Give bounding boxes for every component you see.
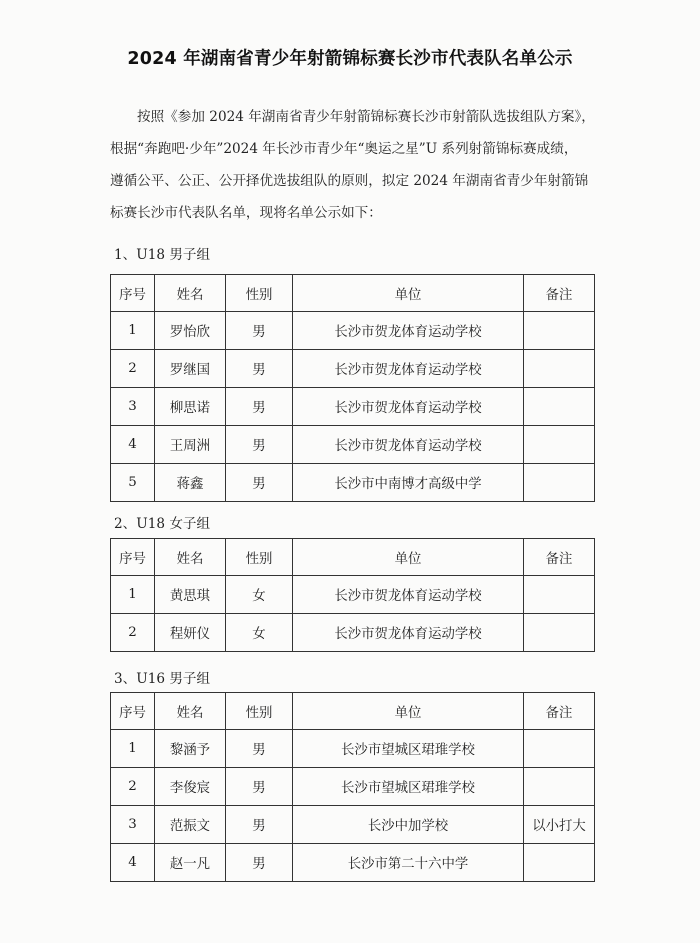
table-row: 4 赵一凡 男 长沙市第二十六中学	[111, 844, 595, 882]
table-row: 1 罗怡欣 男 长沙市贺龙体育运动学校	[111, 312, 595, 350]
roster-table-u18-girls: 序号 姓名 性别 单位 备注 1 黄思琪 女 长沙市贺龙体育运动学校 2 程妍仪…	[110, 538, 595, 652]
intro-line: 标赛长沙市代表队名单，现将名单公示如下：	[110, 197, 610, 229]
header-cell-index: 序号	[111, 539, 155, 576]
cell-index: 3	[111, 806, 155, 844]
cell-gender: 男	[226, 464, 293, 502]
header-cell-remark: 备注	[524, 693, 595, 730]
header-cell-unit: 单位	[293, 539, 524, 576]
cell-name: 黎涵予	[155, 730, 226, 768]
cell-index: 2	[111, 350, 155, 388]
cell-name: 黄思琪	[155, 576, 226, 614]
header-cell-unit: 单位	[293, 693, 524, 730]
roster-table-u16-boys: 序号 姓名 性别 单位 备注 1 黎涵予 男 长沙市望城区珺琟学校 2 李俊宸 …	[110, 692, 595, 882]
cell-remark	[524, 844, 595, 882]
table-row: 2 罗继国 男 长沙市贺龙体育运动学校	[111, 350, 595, 388]
header-cell-name: 姓名	[155, 275, 226, 312]
cell-remark: 以小打大	[524, 806, 595, 844]
cell-unit: 长沙市贺龙体育运动学校	[293, 312, 524, 350]
table-header-row: 序号 姓名 性别 单位 备注	[111, 693, 595, 730]
header-cell-gender: 性别	[226, 275, 293, 312]
cell-remark	[524, 426, 595, 464]
table-header-row: 序号 姓名 性别 单位 备注	[111, 275, 595, 312]
cell-remark	[524, 350, 595, 388]
cell-gender: 女	[226, 614, 293, 652]
header-cell-unit: 单位	[293, 275, 524, 312]
cell-name: 赵一凡	[155, 844, 226, 882]
table-row: 1 黎涵予 男 长沙市望城区珺琟学校	[111, 730, 595, 768]
cell-unit: 长沙市贺龙体育运动学校	[293, 388, 524, 426]
header-cell-gender: 性别	[226, 693, 293, 730]
cell-index: 2	[111, 768, 155, 806]
header-cell-name: 姓名	[155, 693, 226, 730]
document-title: 2024 年湖南省青少年射箭锦标赛长沙市代表队名单公示	[0, 45, 700, 70]
cell-gender: 男	[226, 768, 293, 806]
section-heading-u18-girls: 2、U18 女子组	[114, 512, 210, 532]
cell-unit: 长沙市中南博才高级中学	[293, 464, 524, 502]
cell-name: 范振文	[155, 806, 226, 844]
cell-unit: 长沙市贺龙体育运动学校	[293, 350, 524, 388]
cell-index: 1	[111, 312, 155, 350]
cell-unit: 长沙市贺龙体育运动学校	[293, 426, 524, 464]
cell-index: 2	[111, 614, 155, 652]
cell-name: 罗继国	[155, 350, 226, 388]
cell-index: 4	[111, 844, 155, 882]
cell-unit: 长沙中加学校	[293, 806, 524, 844]
header-cell-index: 序号	[111, 693, 155, 730]
intro-line: 根据“奔跑吧·少年”2024 年长沙市青少年“奥运之星”U 系列射箭锦标赛成绩，	[110, 133, 610, 165]
cell-gender: 男	[226, 426, 293, 464]
cell-remark	[524, 730, 595, 768]
table-row: 1 黄思琪 女 长沙市贺龙体育运动学校	[111, 576, 595, 614]
section-heading-u16-boys: 3、U16 男子组	[114, 667, 210, 687]
cell-remark	[524, 464, 595, 502]
header-cell-remark: 备注	[524, 275, 595, 312]
cell-unit: 长沙市望城区珺琟学校	[293, 730, 524, 768]
cell-remark	[524, 388, 595, 426]
table-header-row: 序号 姓名 性别 单位 备注	[111, 539, 595, 576]
table-row: 4 王周洲 男 长沙市贺龙体育运动学校	[111, 426, 595, 464]
table-row: 3 范振文 男 长沙中加学校 以小打大	[111, 806, 595, 844]
cell-remark	[524, 312, 595, 350]
cell-name: 柳思诺	[155, 388, 226, 426]
section-heading-u18-boys: 1、U18 男子组	[114, 243, 210, 263]
cell-name: 程妍仪	[155, 614, 226, 652]
cell-gender: 男	[226, 312, 293, 350]
cell-gender: 男	[226, 388, 293, 426]
cell-unit: 长沙市贺龙体育运动学校	[293, 576, 524, 614]
cell-name: 王周洲	[155, 426, 226, 464]
cell-remark	[524, 614, 595, 652]
table-row: 3 柳思诺 男 长沙市贺龙体育运动学校	[111, 388, 595, 426]
cell-remark	[524, 576, 595, 614]
cell-index: 5	[111, 464, 155, 502]
intro-line: 按照《参加 2024 年湖南省青少年射箭锦标赛长沙市射箭队选拔组队方案》，	[110, 101, 610, 133]
cell-gender: 男	[226, 806, 293, 844]
roster-table-u18-boys: 序号 姓名 性别 单位 备注 1 罗怡欣 男 长沙市贺龙体育运动学校 2 罗继国…	[110, 274, 595, 502]
cell-name: 罗怡欣	[155, 312, 226, 350]
cell-index: 1	[111, 576, 155, 614]
header-cell-name: 姓名	[155, 539, 226, 576]
table-row: 2 程妍仪 女 长沙市贺龙体育运动学校	[111, 614, 595, 652]
cell-gender: 女	[226, 576, 293, 614]
cell-name: 蒋鑫	[155, 464, 226, 502]
cell-name: 李俊宸	[155, 768, 226, 806]
table-row: 5 蒋鑫 男 长沙市中南博才高级中学	[111, 464, 595, 502]
header-cell-index: 序号	[111, 275, 155, 312]
cell-gender: 男	[226, 350, 293, 388]
cell-gender: 男	[226, 844, 293, 882]
cell-unit: 长沙市贺龙体育运动学校	[293, 614, 524, 652]
cell-index: 4	[111, 426, 155, 464]
cell-index: 1	[111, 730, 155, 768]
intro-paragraph: 按照《参加 2024 年湖南省青少年射箭锦标赛长沙市射箭队选拔组队方案》， 根据…	[110, 101, 610, 229]
intro-line: 遵循公平、公正、公开择优选拔组队的原则，拟定 2024 年湖南省青少年射箭锦	[110, 165, 610, 197]
header-cell-remark: 备注	[524, 539, 595, 576]
cell-unit: 长沙市望城区珺琟学校	[293, 768, 524, 806]
table-row: 2 李俊宸 男 长沙市望城区珺琟学校	[111, 768, 595, 806]
cell-index: 3	[111, 388, 155, 426]
cell-unit: 长沙市第二十六中学	[293, 844, 524, 882]
header-cell-gender: 性别	[226, 539, 293, 576]
cell-gender: 男	[226, 730, 293, 768]
cell-remark	[524, 768, 595, 806]
